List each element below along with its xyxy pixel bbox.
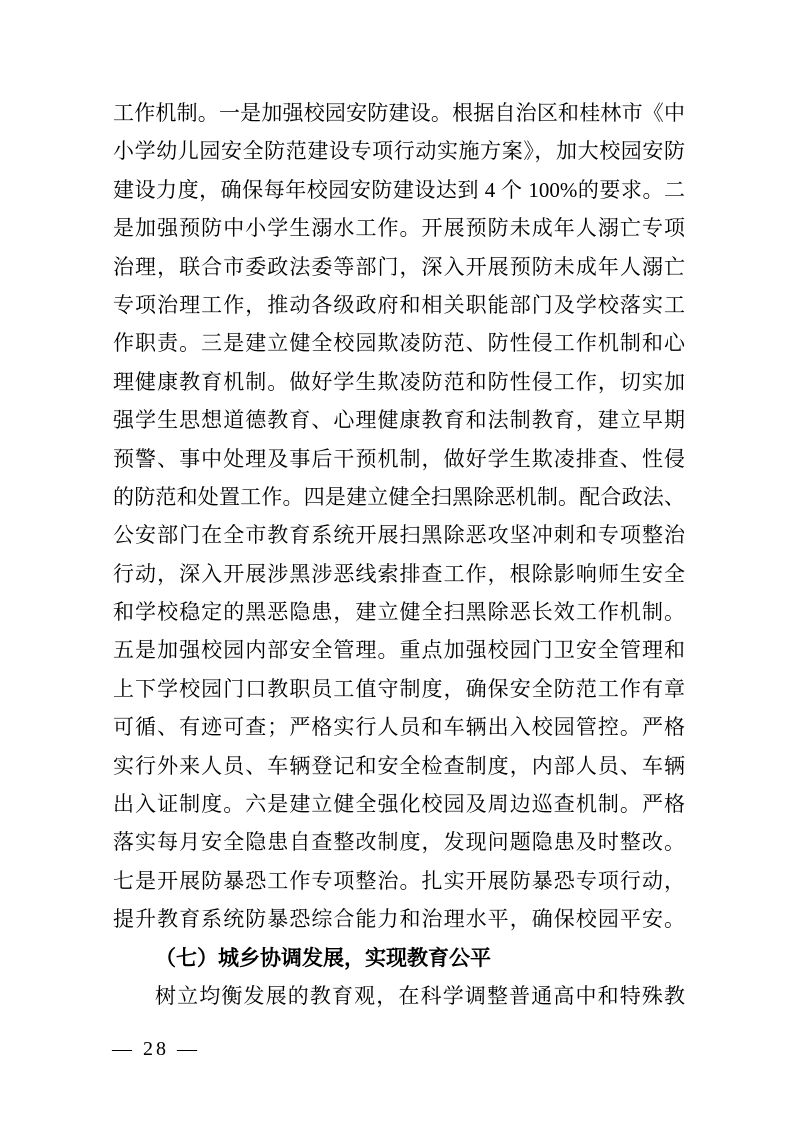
document-page: 工作机制。一是加强校园安防建设。根据自治区和桂林市《中 小学幼儿园安全防范建设专… xyxy=(0,0,794,1123)
body-line: 的防范和处置工作。四是建立健全扫黑除恶机制。配合政法、 xyxy=(113,478,685,516)
body-line: 出入证制度。六是建立健全强化校园及周边巡查机制。严格 xyxy=(113,785,685,823)
body-line: 落实每月安全隐患自查整改制度，发现问题隐患及时整改。 xyxy=(113,823,685,861)
body-line: 七是开展防暴恐工作专项整治。扎实开展防暴恐专项行动， xyxy=(113,862,685,900)
body-line: 小学幼儿园安全防范建设专项行动实施方案》，加大校园安防 xyxy=(113,132,685,170)
body-line: 五是加强校园内部安全管理。重点加强校园门卫安全管理和 xyxy=(113,631,685,669)
body-line: 工作机制。一是加强校园安防建设。根据自治区和桂林市《中 xyxy=(113,94,685,132)
body-line: 是加强预防中小学生溺水工作。开展预防未成年人溺亡专项 xyxy=(113,209,685,247)
page-number: — 28 — xyxy=(112,1038,200,1061)
body-line: 预警、事中处理及事后干预机制，做好学生欺凌排查、性侵 xyxy=(113,440,685,478)
body-line: 专项治理工作，推动各级政府和相关职能部门及学校落实工 xyxy=(113,286,685,324)
body-line: 作职责。三是建立健全校园欺凌防范、防性侵工作机制和心 xyxy=(113,324,685,362)
body-line: 可循、有迹可查；严格实行人员和车辆出入校园管控。严格 xyxy=(113,708,685,746)
document-body: 工作机制。一是加强校园安防建设。根据自治区和桂林市《中 小学幼儿园安全防范建设专… xyxy=(113,94,685,1015)
body-line: 建设力度，确保每年校园安防建设达到 4 个 100%的要求。二 xyxy=(113,171,685,209)
body-line: 强学生思想道德教育、心理健康教育和法制教育，建立早期 xyxy=(113,401,685,439)
body-line: 树立均衡发展的教育观，在科学调整普通高中和特殊教 xyxy=(113,977,685,1015)
body-line: 理健康教育机制。做好学生欺凌防范和防性侵工作，切实加 xyxy=(113,363,685,401)
body-line: 上下学校园门口教职员工值守制度，确保安全防范工作有章 xyxy=(113,670,685,708)
body-line: 和学校稳定的黑恶隐患，建立健全扫黑除恶长效工作机制。 xyxy=(113,593,685,631)
body-line: 提升教育系统防暴恐综合能力和治理水平，确保校园平安。 xyxy=(113,900,685,938)
section-heading: （七）城乡协调发展，实现教育公平 xyxy=(113,939,685,977)
body-line: 治理，联合市委政法委等部门，深入开展预防未成年人溺亡 xyxy=(113,248,685,286)
body-line: 行动，深入开展涉黑涉恶线索排查工作，根除影响师生安全 xyxy=(113,555,685,593)
body-line: 实行外来人员、车辆登记和安全检查制度，内部人员、车辆 xyxy=(113,747,685,785)
body-line: 公安部门在全市教育系统开展扫黑除恶攻坚冲刺和专项整治 xyxy=(113,516,685,554)
